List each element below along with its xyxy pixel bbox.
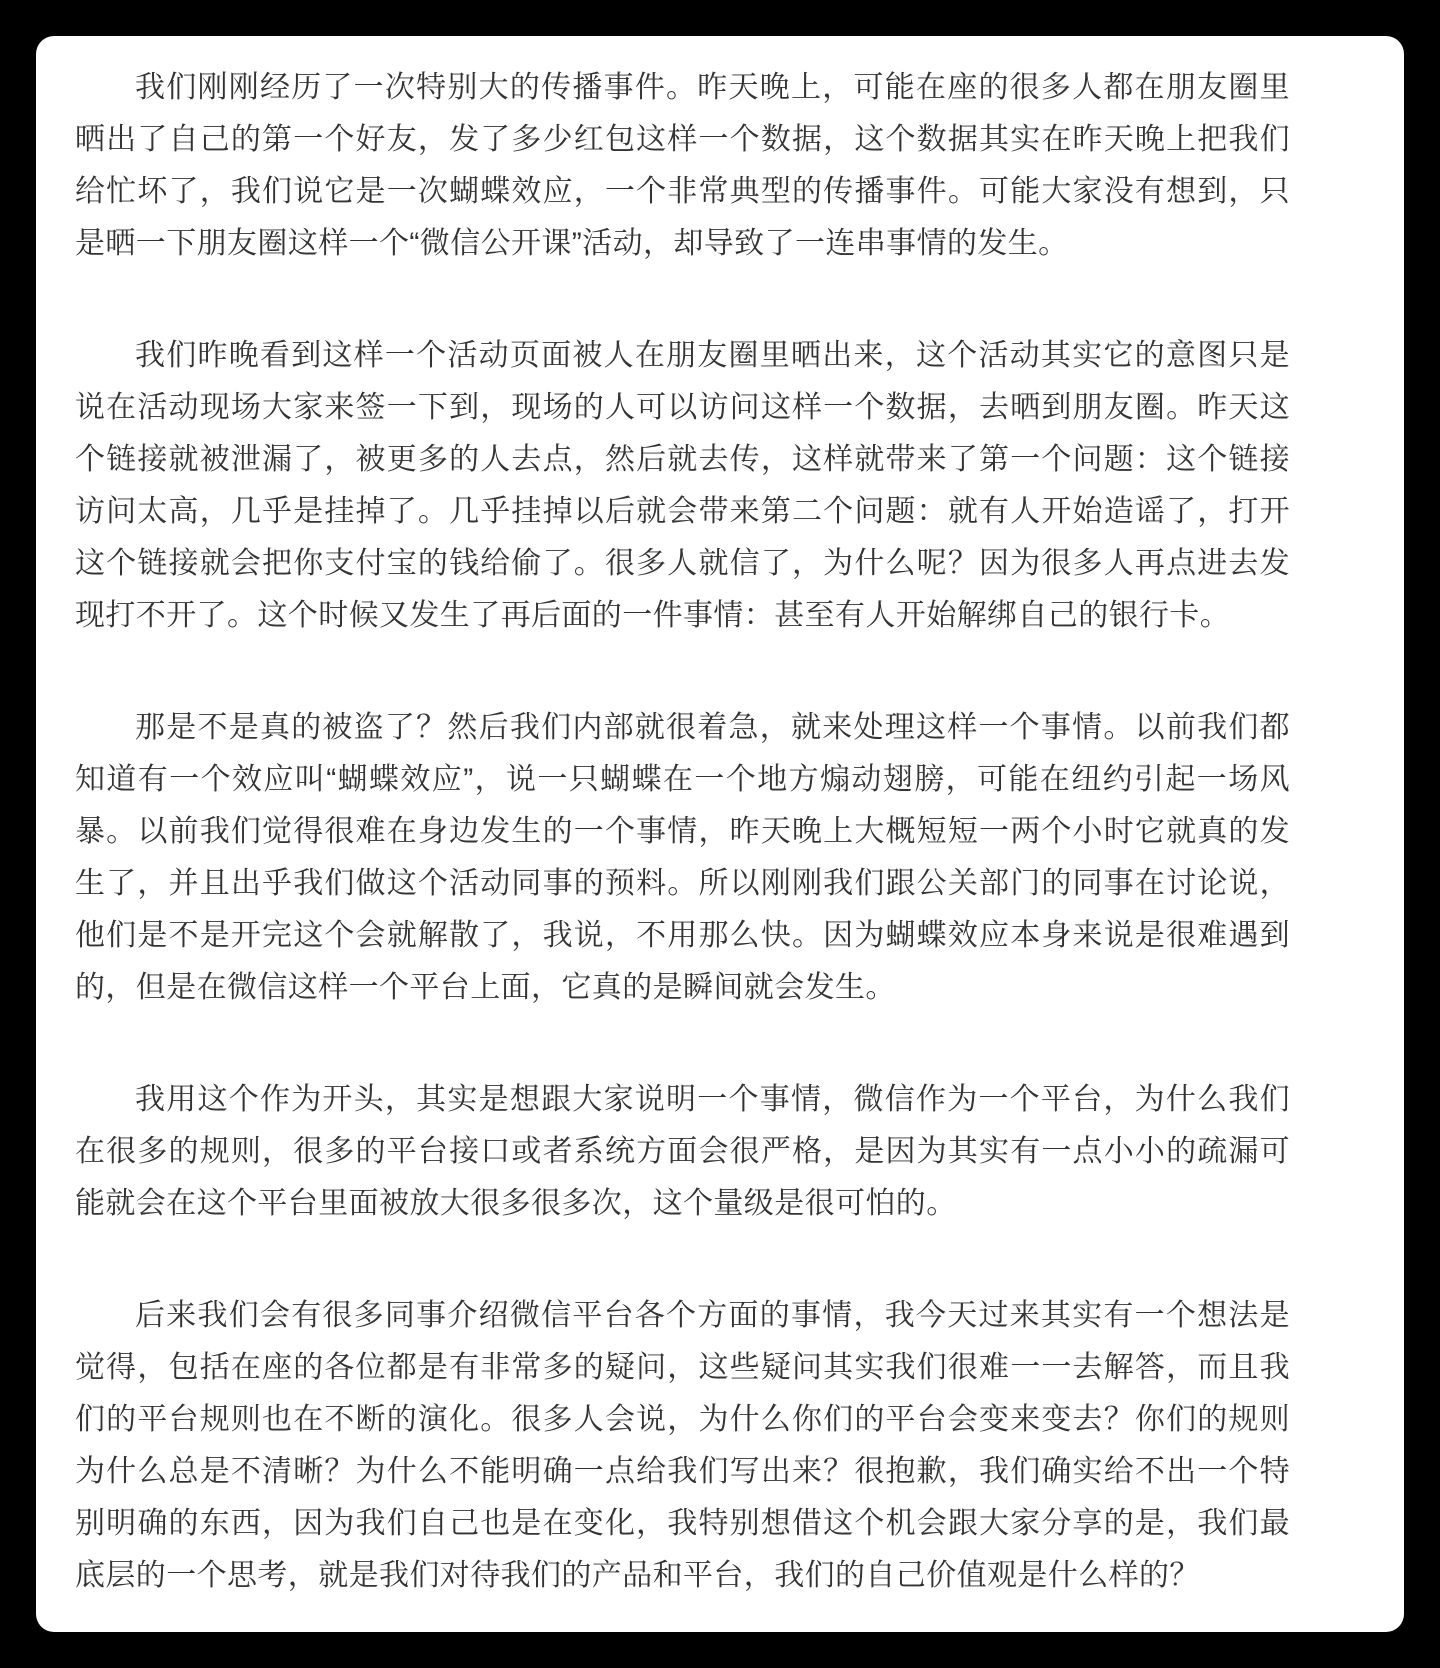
document-page: 我们刚刚经历了一次特别大的传播事件。昨天晚上，可能在座的很多人都在朋友圈里晒出了…	[36, 36, 1404, 1632]
paragraph-2: 我们昨晚看到这样一个活动页面被人在朋友圈里晒出来，这个活动其实它的意图只是说在活…	[75, 330, 1290, 642]
paragraph-3: 那是不是真的被盗了？然后我们内部就很着急，就来处理这样一个事情。以前我们都知道有…	[75, 702, 1290, 1014]
page-background: 我们刚刚经历了一次特别大的传播事件。昨天晚上，可能在座的很多人都在朋友圈里晒出了…	[0, 0, 1440, 1668]
paragraph-5: 后来我们会有很多同事介绍微信平台各个方面的事情，我今天过来其实有一个想法是觉得，…	[75, 1290, 1290, 1602]
paragraph-4: 我用这个作为开头，其实是想跟大家说明一个事情，微信作为一个平台，为什么我们在很多…	[75, 1074, 1290, 1230]
article-body: 我们刚刚经历了一次特别大的传播事件。昨天晚上，可能在座的很多人都在朋友圈里晒出了…	[36, 36, 1404, 1602]
paragraph-1: 我们刚刚经历了一次特别大的传播事件。昨天晚上，可能在座的很多人都在朋友圈里晒出了…	[75, 62, 1290, 270]
